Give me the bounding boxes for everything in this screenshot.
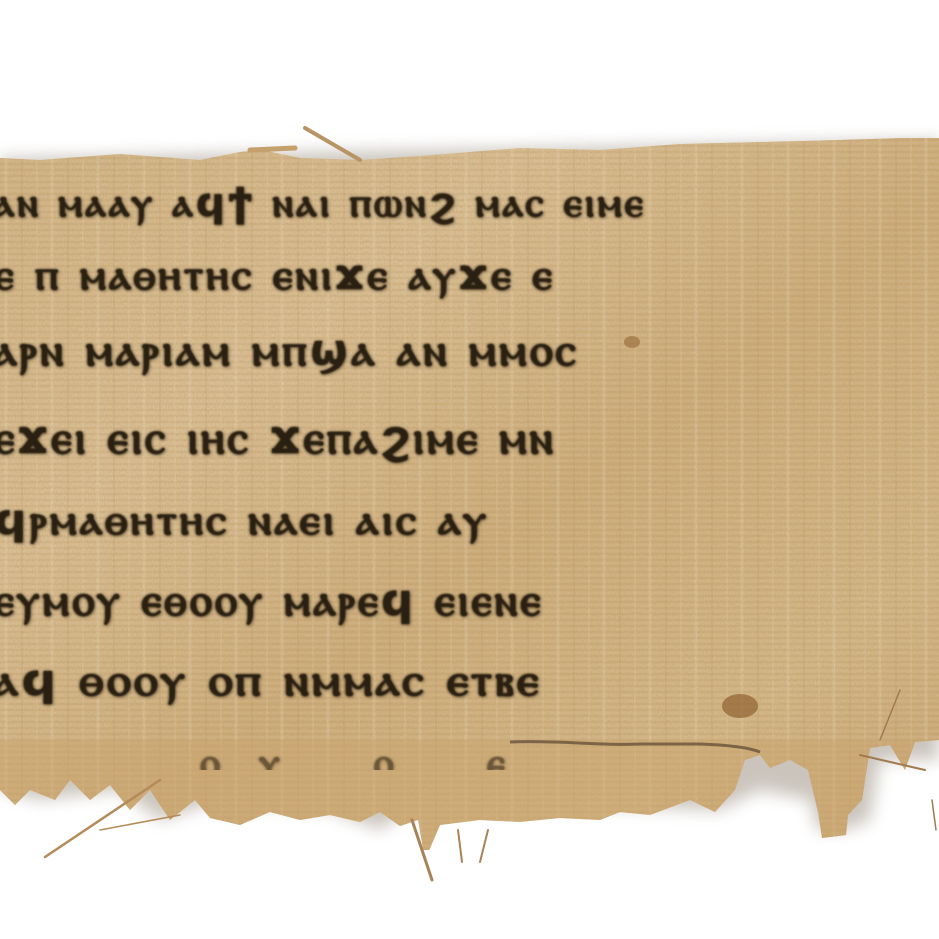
manuscript-line-7: ⲁϥ ⲑⲟⲟⲩ ⲟⲡ ⲛⲙⲙⲁⲥ ⲉⲧⲃⲉ bbox=[0, 655, 542, 706]
manuscript-text: ⲁⲛ ⲙⲁⲁⲩ ⲁϥϯ ⲛⲁⲓ ⲡⲱⲛϩ ⲙⲁⲥ ⲉⲓⲙⲉ ⲉ ⲡ ⲙⲁⲑⲏⲧⲏ… bbox=[0, 150, 939, 770]
manuscript-line-5: ϥⲣⲙⲁⲑⲏⲧⲏⲥ ⲛⲁⲉⲓ ⲁⲓⲥ ⲁⲩ bbox=[0, 495, 489, 545]
manuscript-line-8: ⲟⲩ ⲟ ⲉ bbox=[200, 740, 545, 770]
manuscript-line-2: ⲉ ⲡ ⲙⲁⲑⲏⲧⲏⲥ ⲉⲛⲓϫⲉ ⲁⲩϫⲉ ⲉ bbox=[0, 250, 555, 300]
photo-scene: ⲁⲛ ⲙⲁⲁⲩ ⲁϥϯ ⲛⲁⲓ ⲡⲱⲛϩ ⲙⲁⲥ ⲉⲓⲙⲉ ⲉ ⲡ ⲙⲁⲑⲏⲧⲏ… bbox=[0, 0, 939, 939]
manuscript-line-3: ⲁⲣⲛ ⲙⲁⲣⲓⲁⲙ ⲙⲡϣⲁ ⲁⲛ ⲙⲙⲟⲥ bbox=[0, 325, 579, 376]
manuscript-line-4: ⲉϫⲉⲓ ⲉⲓⲥ ⲓⲏⲥ ϫⲉⲡⲁϩⲓⲙⲉ ⲙⲛ bbox=[0, 410, 556, 466]
manuscript-line-6: ⲉⲩⲙⲟⲩ ⲉⲑⲟⲟⲩ ⲙⲁⲣⲉϥ ⲉⲓⲉⲛⲉ bbox=[0, 575, 543, 626]
manuscript-line-1: ⲁⲛ ⲙⲁⲁⲩ ⲁϥϯ ⲛⲁⲓ ⲡⲱⲛϩ ⲙⲁⲥ ⲉⲓⲙⲉ bbox=[0, 180, 646, 226]
